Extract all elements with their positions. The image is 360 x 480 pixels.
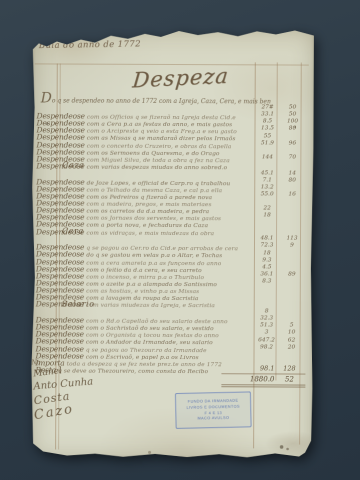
amount-col-1: 22 [255,206,279,212]
manuscript-page: Bula do anno de 1772 Despeza Do q se des… [31,27,314,458]
amount-col-1: 7.1 [255,177,279,183]
amount-col-1: 8 [255,308,279,314]
amount-col-2: 10 [281,330,303,336]
amount-col-1: 36.1 [255,271,279,277]
amount-col-1: 32.3 [255,316,279,322]
page-title: Despeza [120,63,242,93]
grand-total-row: 1880.052 [221,374,305,387]
amount-col-1: 18 [255,250,279,256]
total-amount-col-1: 1880.0 [221,375,274,383]
amount-col-1: 51.3 [255,323,279,329]
amount-col-1: 18 [255,213,279,219]
amount-col-1: 72.3 [255,243,279,249]
amount-col-1: 55.0 [255,191,279,197]
amount-col-2: 20 [281,344,303,350]
amount-col-2: 14 [281,170,303,176]
amount-col-1: 48.1 [255,236,279,242]
amount-col-2: 96 [281,140,303,146]
amount-col-1: 13.5 [255,126,279,132]
manuscript-line: Despendeose com as vidraças, e mais miud… [36,219,310,227]
amount-col-1: 8.3 [255,278,279,284]
amount-col-1: 51.9 [255,140,279,146]
archive-stamp: FUNDO DA IRMANDADELIVROS E DOCUMENTOSF 4… [175,391,252,429]
paper-sheet: Bula do anno de 1772 Despeza Do q se des… [31,27,314,458]
total-amount-col-2: 52 [277,375,301,383]
manuscript-line: Despendeose com varias despezas miudas d… [36,153,310,161]
photo-background: { "colors":{"background":"#2d3b47","pape… [0,0,360,480]
amount-col-2: 70 [281,154,303,160]
amount-col-1: 98.2 [255,344,279,350]
amount-col-1: 144 [255,154,279,160]
amount-col-1: 45.1 [255,170,279,176]
amount-col-2: 50 [282,104,304,110]
amount-col-1: 13.2 [255,184,279,190]
amount-col-2: 5 [281,323,303,329]
totals-block: 98.11281880.052 [221,364,305,387]
stamp-text-line: LIVROS E DOCUMENTOS [186,405,240,411]
amount-col-1: 4.5 [255,264,279,270]
ink-specks [33,27,34,28]
amount-col-2: 16 [281,192,303,198]
top-rule-line [35,63,309,65]
amount-col-2: 80 [281,126,303,132]
amount-col-2: 62 [281,337,303,343]
subtotal-row: 98.1128 [221,364,305,374]
amount-col-1: 3 [255,330,279,336]
amount-col-2: 80 [281,177,303,183]
total-amount-col-1: 98.1 [221,364,274,372]
amount-col-1: 9.3 [255,257,279,263]
amount-col-2: 100 [282,119,304,125]
stamp-text-line: MACO AVULSO [198,416,230,421]
amount-col-1: 647.2 [255,337,279,343]
amount-col-1: 27# [256,104,280,110]
amount-col-1: 33.1 [256,112,280,118]
stamp-text-line: F 4 E 13 [205,410,223,415]
amount-col-2: 9 [281,243,303,249]
total-amount-col-2: 128 [277,364,301,372]
manuscript-line: Despendeose com varias miudezas da Igrej… [36,292,310,300]
archive-label: Bula do anno de 1772 [39,38,199,51]
manuscript: Despendeose com os Officios q se fizeraõ… [35,103,310,365]
amount-col-2: 89 [281,271,303,277]
amount-col-2: 50 [282,112,304,118]
amount-col-1: 8.5 [256,119,280,125]
amount-col-1: 55 [255,133,279,139]
signatures-block: ManelAnto CunhaCostaCazo [33,369,143,418]
margin-note: No [31,359,40,366]
amount-col-2: 113 [281,236,303,242]
